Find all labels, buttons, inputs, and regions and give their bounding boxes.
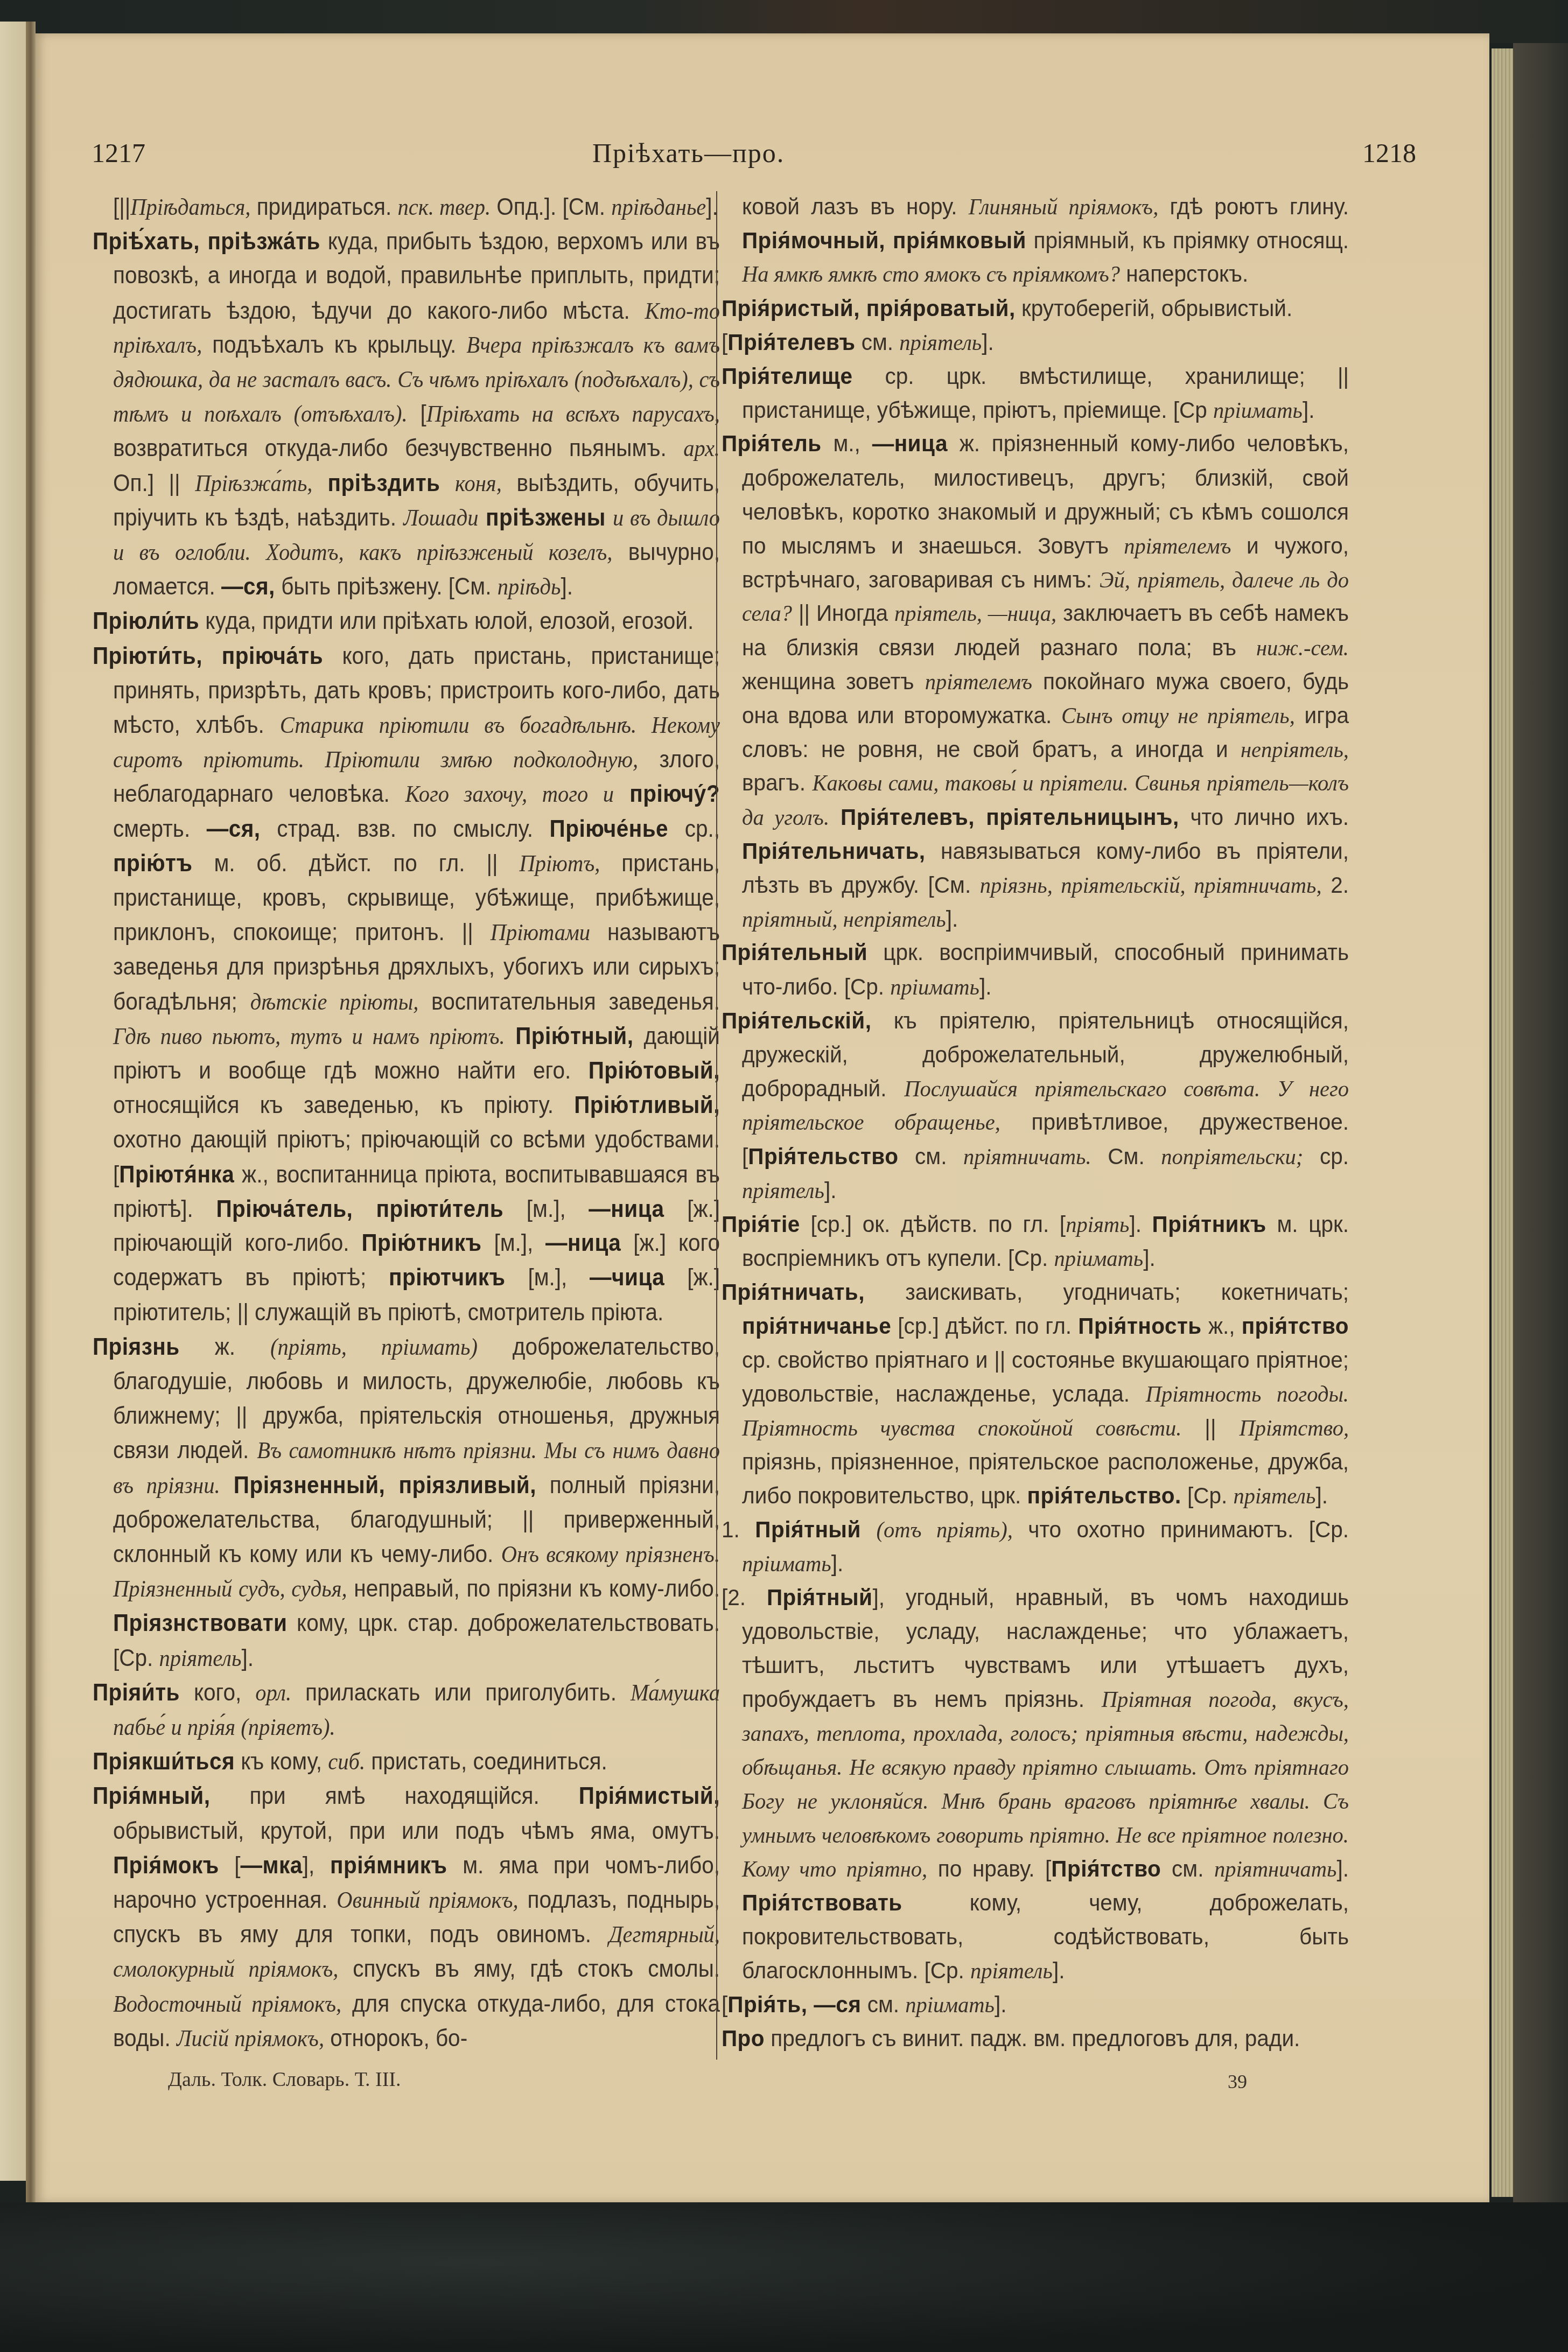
- book-spine-gutter: [26, 22, 36, 2229]
- body-text: [: [219, 1851, 241, 1878]
- headword: Прія́тный: [755, 1516, 861, 1543]
- body-text: куда, придти или пріѣхать юлой, елозой, …: [199, 607, 694, 634]
- italic-text: пріятель: [970, 1958, 1053, 1984]
- italic-text: пск. твер.: [398, 194, 491, 220]
- headword: Прія́тный: [767, 1584, 873, 1611]
- body-text: женщина зоветъ: [742, 668, 925, 694]
- body-text: [ср.] ок. дѣйств. по гл. [: [800, 1210, 1066, 1237]
- headword: Прію́тный,: [505, 1022, 634, 1049]
- italic-text: пріязнь, пріятельскій, пріятничать,: [980, 872, 1322, 898]
- dictionary-entry: 1. Прія́тный (отъ пріять), что охотно пр…: [722, 1513, 1349, 1580]
- body-text: 1.: [722, 1516, 755, 1543]
- body-text: ].: [831, 1550, 844, 1577]
- body-text: ].: [561, 573, 573, 600]
- headword: Прія́тіе: [722, 1210, 800, 1237]
- italic-text: На ямкѣ ямкѣ сто ямокъ съ пріямкомъ?: [742, 261, 1120, 287]
- dictionary-entry: Прія́телище ср. црк. вмѣстилище, хранили…: [722, 359, 1349, 427]
- italic-text: Пріѣдаться,: [130, 194, 250, 220]
- headword: Прія́тничать,: [722, 1278, 865, 1305]
- headword: пріютчикъ: [389, 1264, 506, 1291]
- headword: Прія́тельскій,: [722, 1007, 871, 1033]
- body-text: относящійся къ заведенью, къ пріюту.: [113, 1091, 574, 1118]
- italic-text: Пріютъ,: [520, 850, 600, 877]
- italic-text: пріѣданье: [611, 194, 706, 220]
- dictionary-entry: [2. Прія́тный], угодный, нравный, въ чом…: [722, 1580, 1349, 1987]
- body-text: [: [722, 1991, 727, 2018]
- body-text: кого,: [180, 1679, 255, 1706]
- italic-text: пріимать: [1054, 1245, 1144, 1271]
- italic-text: Сынъ отцу не пріятель,: [1061, 702, 1295, 728]
- body-text: ].: [1143, 1244, 1156, 1271]
- dictionary-entry: Пріѣ́хать, пріѣзжа́ть куда, прибыть ѣздо…: [93, 224, 720, 604]
- headword: Прія́тельство: [748, 1143, 898, 1169]
- dictionary-entry: Прія́мный, при ямѣ находящійся. Прія́мис…: [93, 1779, 720, 2055]
- headword: —ница: [872, 430, 948, 457]
- dictionary-entry: Прія́тельскій, къ пріятелю, пріятельницѣ…: [722, 1004, 1349, 1207]
- dictionary-entry: Пріязнь ж. (пріять, пріимать) доброжелат…: [93, 1329, 720, 1675]
- headword: Пріюти́ть, пріюча́ть: [93, 642, 323, 669]
- body-text: [м.],: [506, 1264, 590, 1291]
- italic-text: пріятелемъ: [1124, 533, 1231, 558]
- italic-text: Пріѣзжа́ть,: [195, 470, 312, 496]
- body-text: [м.],: [503, 1195, 589, 1222]
- body-text: ].: [946, 905, 958, 932]
- body-text: [: [722, 328, 727, 355]
- body-text: воспитательныя заведенья.: [418, 988, 720, 1014]
- headword: Пріѣ́хать, пріѣзжа́ть: [93, 228, 320, 255]
- dictionary-entry: Прія́тіе [ср.] ок. дѣйств. по гл. [пріят…: [722, 1207, 1349, 1275]
- italic-text: непріятель,: [1241, 737, 1349, 762]
- facing-page-edge: [0, 22, 26, 2181]
- body-text: обрывистый, крутой, при или подъ чѣмъ ям…: [113, 1817, 720, 1844]
- body-text: ].: [1303, 396, 1315, 423]
- body-text: быть пріѣзжену. [См.: [275, 573, 498, 600]
- body-text: ].: [1315, 1482, 1328, 1509]
- body-text: ж.: [180, 1333, 270, 1360]
- headword: Про: [722, 2025, 765, 2052]
- headword: Пріякши́ться: [93, 1748, 235, 1775]
- running-head: 1217 Пріѣхать—про. 1218: [92, 137, 1448, 180]
- body-text: [м.],: [482, 1229, 546, 1256]
- entry-continuation: ковой лазъ въ нору. Глиняный пріямокъ, г…: [722, 190, 1349, 291]
- headword: Прія́тство: [1051, 1856, 1161, 1882]
- body-text: м.,: [822, 430, 872, 457]
- body-text: [606, 504, 613, 531]
- body-text: Опд.]. [См.: [491, 193, 611, 220]
- body-text: крутоберегій, обрывистый.: [1016, 295, 1292, 321]
- headword: —ся,: [207, 815, 261, 842]
- body-text: 2.: [1322, 871, 1349, 898]
- headword: Пріютя́нка: [119, 1160, 234, 1187]
- italic-text: Глиняный пріямокъ,: [969, 193, 1158, 219]
- headword: пріючу́?: [614, 780, 720, 807]
- body-text: ].: [1053, 1957, 1065, 1984]
- dictionary-entry: [Прія́телевъ см. пріятель].: [722, 325, 1349, 359]
- italic-text: пріятничать.: [963, 1144, 1091, 1170]
- italic-text: пріѣдь: [498, 573, 561, 600]
- background-bottom: [0, 2202, 1568, 2352]
- body-text: отнорокъ, бо-: [324, 2024, 467, 2051]
- italic-text: орл.: [255, 1679, 291, 1706]
- italic-text: пріятелемъ: [925, 668, 1032, 694]
- headword: Пріюче́нье: [550, 815, 669, 842]
- headword: Пріязнь: [93, 1333, 180, 1360]
- body-text: см.: [1161, 1856, 1214, 1882]
- body-text: ].: [979, 973, 992, 999]
- sheet-number: 39: [1228, 2070, 1247, 2093]
- body-text: ].: [982, 328, 994, 355]
- headword: Прія́телище: [722, 362, 852, 389]
- headword: Прія́ристый, прія́роватый,: [722, 295, 1016, 321]
- italic-text: пріятель: [1234, 1483, 1316, 1509]
- page-number-right: 1218: [1362, 137, 1416, 169]
- body-text: придираться.: [250, 193, 397, 220]
- body-text: при ямѣ находящійся.: [210, 1782, 578, 1809]
- body-text: [: [408, 400, 426, 427]
- dictionary-entry: Прія́тничать, заискивать, угодничать; ко…: [722, 1275, 1349, 1513]
- body-text: ].: [995, 1991, 1007, 2018]
- body-text: ковой лазъ въ нору.: [742, 193, 969, 219]
- body-text: см.: [861, 1991, 905, 2018]
- italic-text: ниж.-сем.: [1256, 634, 1349, 660]
- headword: Прія́тельный: [722, 939, 867, 965]
- italic-text: пріятель: [899, 329, 982, 355]
- headword: Прія́ть, —ся: [727, 1991, 861, 2018]
- signature-line: Даль. Толк. Словарь. Т. III.: [168, 2068, 401, 2091]
- body-text: ].: [1337, 1856, 1349, 1882]
- dictionary-entry: Прія́тель м., —ница ж. пріязненный кому-…: [722, 427, 1349, 936]
- body-text: приласкать или приголубить.: [291, 1679, 631, 1706]
- italic-text: сиб.: [328, 1748, 365, 1775]
- body-text: страд. взв. по смыслу.: [261, 815, 550, 842]
- italic-text: Овинный пріямокъ,: [337, 1887, 518, 1913]
- headword: —мка: [241, 1851, 303, 1878]
- headword: Прію́тникъ: [361, 1229, 481, 1256]
- italic-text: пріятель: [742, 1178, 824, 1203]
- entry-continuation: [||Пріѣдаться, придираться. пск. твер. О…: [93, 190, 720, 224]
- headword: Пріюли́ть: [93, 607, 199, 634]
- column-divider-rule: [716, 191, 717, 2060]
- italic-text: коня,: [455, 470, 502, 496]
- italic-text: пріимать: [890, 974, 979, 1000]
- headword: Прія́мокъ: [113, 1851, 219, 1878]
- body-text: возвратиться откуда-либо безчувственно п…: [113, 435, 683, 462]
- headword: Пріязнствовати: [113, 1609, 287, 1636]
- body-text: ],: [303, 1851, 330, 1878]
- dictionary-entry: Пріяи́ть кого, орл. приласкать или приго…: [93, 1675, 720, 1744]
- headword: Прія́мочный, прія́мковый: [742, 227, 1026, 253]
- body-text: гдѣ роютъ глину.: [1158, 193, 1349, 219]
- headword: —ница: [545, 1229, 621, 1256]
- italic-text: пріятничать: [1214, 1856, 1336, 1882]
- italic-text: Лошади: [403, 505, 478, 531]
- italic-text: арх.: [683, 436, 720, 462]
- body-text: [||: [113, 193, 130, 220]
- italic-text: Кого захочу, того и: [405, 781, 614, 807]
- italic-text: пріимать: [1213, 397, 1303, 423]
- headword: Прія́тникъ: [1152, 1210, 1266, 1237]
- italic-text: Пріѣхать на всѣхъ парусахъ,: [426, 401, 720, 428]
- body-text: см.: [856, 328, 900, 355]
- italic-text: Гдѣ пиво пьютъ, тутъ и намъ пріютъ.: [113, 1023, 505, 1049]
- body-text: врагъ.: [742, 769, 813, 796]
- running-title: Пріѣхать—про.: [592, 137, 785, 169]
- body-text: ||: [1181, 1415, 1239, 1441]
- body-text: заискивать, угодничать; кокетничать;: [865, 1278, 1349, 1305]
- headword: пріѣзжены: [478, 504, 605, 531]
- body-text: по нраву. [: [927, 1856, 1051, 1882]
- body-text: къ кому,: [235, 1748, 328, 1775]
- headword: прія́мникъ: [330, 1851, 447, 1878]
- italic-text: пріятель, —ница,: [894, 600, 1056, 626]
- italic-text: (пріять, пріимать): [270, 1334, 478, 1360]
- italic-text: пріятель: [159, 1645, 242, 1671]
- body-text: [ср.] дѣйст. по гл.: [891, 1312, 1078, 1339]
- book-cover-edge: [1513, 43, 1568, 2229]
- headword: прія́тство: [1242, 1312, 1349, 1339]
- body-text: смерть.: [113, 815, 207, 842]
- body-text: ср.: [1303, 1143, 1349, 1169]
- body-text: м. об. дѣйст. по гл. ||: [192, 850, 519, 877]
- italic-text: пріять: [1066, 1212, 1129, 1237]
- body-text: [2.: [722, 1584, 767, 1611]
- headword: —ница: [589, 1195, 664, 1222]
- headword: Пріюча́тель, пріюти́тель: [216, 1195, 503, 1222]
- body-text: подъѣхалъ къ крыльцу.: [202, 331, 466, 358]
- body-text: спускъ въ яму, гдѣ стокъ смолы.: [338, 1955, 720, 1982]
- body-text: [Ср.: [1181, 1482, 1234, 1509]
- body-text: предлогъ съ винит. падж. вм. предлоговъ …: [765, 2025, 1300, 2052]
- body-text: что охотно принимаютъ. [Ср.: [1013, 1516, 1349, 1543]
- headword: Прія́тствовать: [742, 1889, 902, 1916]
- headword: Прію́товый,: [589, 1057, 720, 1084]
- body-text: Оп.] ||: [113, 470, 195, 496]
- body-text: наперстокъ.: [1120, 261, 1248, 287]
- headword: Прія́телевъ: [727, 328, 855, 355]
- headword: Прія́тельничать,: [742, 837, 926, 864]
- body-text: ].: [241, 1644, 254, 1671]
- body-text: || Иногда: [792, 600, 894, 626]
- dictionary-entry: Прія́ристый, прія́роватый, крутоберегій,…: [722, 291, 1349, 325]
- left-column: [||Пріѣдаться, придираться. пск. твер. О…: [93, 190, 720, 2055]
- headword: —чица: [590, 1264, 664, 1291]
- headword: прію́тъ: [113, 850, 192, 877]
- headword: Прія́тность: [1078, 1312, 1202, 1339]
- body-text: ж.,: [1202, 1312, 1242, 1339]
- headword: пріѣздить: [312, 470, 440, 496]
- body-text: ].: [824, 1177, 837, 1203]
- headword: Прія́мный,: [93, 1782, 210, 1809]
- italic-text: дѣтскіе пріюты,: [250, 988, 419, 1014]
- dictionary-entry: Пріякши́ться къ кому, сиб. пристать, сое…: [93, 1744, 720, 1779]
- italic-text: Пріятство,: [1240, 1415, 1349, 1441]
- italic-text: пріимать: [742, 1551, 831, 1577]
- body-text: ].: [1129, 1210, 1152, 1237]
- body-text: что лично ихъ.: [1179, 803, 1349, 830]
- headword: прія́тельство.: [1027, 1482, 1181, 1509]
- dictionary-entry: Пріюли́ть куда, придти или пріѣхать юлой…: [93, 604, 720, 639]
- italic-text: Водосточный пріямокъ,: [113, 1990, 341, 2017]
- body-text: См.: [1091, 1143, 1161, 1169]
- italic-text: попріятельски;: [1161, 1144, 1303, 1170]
- headword: —ся,: [221, 573, 275, 600]
- body-text: см.: [898, 1143, 963, 1169]
- italic-text: (отъ пріять),: [876, 1517, 1012, 1543]
- italic-text: пріятный, непріятель: [742, 906, 946, 932]
- dictionary-entry: Прія́тельный црк. воспріимчивый, способн…: [722, 936, 1349, 1004]
- italic-text: Лисій пріямокъ,: [177, 2025, 324, 2051]
- right-column: ковой лазъ въ нору. Глиняный пріямокъ, г…: [722, 190, 1349, 2055]
- body-text: ср.,: [668, 815, 720, 842]
- body-text: [440, 470, 455, 496]
- headword: прія́тничанье: [742, 1312, 891, 1339]
- page-stack-edges: [1492, 48, 1513, 2197]
- italic-text: пріимать: [905, 1992, 995, 2018]
- dictionary-entry: Пріюти́ть, пріюча́ть кого, дать пристань…: [93, 639, 720, 1329]
- page-number-left: 1217: [92, 137, 145, 169]
- body-text: пристать, соединиться.: [365, 1748, 607, 1775]
- body-text: пріямный, къ пріямку относящ.: [1026, 227, 1349, 253]
- italic-text: Пріятная погода, вкусъ, запахъ, теплота,…: [742, 1686, 1349, 1882]
- headword: Прія́мистый,: [579, 1782, 720, 1809]
- headword: Пріяи́ть: [93, 1679, 180, 1706]
- italic-text: Пріютами: [491, 919, 590, 946]
- headword: Прію́тливый,: [574, 1091, 720, 1118]
- dictionary-entry: Про предлогъ съ винит. падж. вм. предлог…: [722, 2021, 1349, 2055]
- headword: Пріязненный, пріязливый,: [220, 1472, 536, 1499]
- dictionary-entry: [Прія́ть, —ся см. пріимать].: [722, 1987, 1349, 2021]
- headword: Прія́телевъ, пріятельницынъ,: [829, 803, 1179, 830]
- body-text: неправый, по пріязни къ кому-либо.: [347, 1575, 720, 1602]
- headword: Прія́тель: [722, 430, 822, 457]
- body-text: [861, 1516, 877, 1543]
